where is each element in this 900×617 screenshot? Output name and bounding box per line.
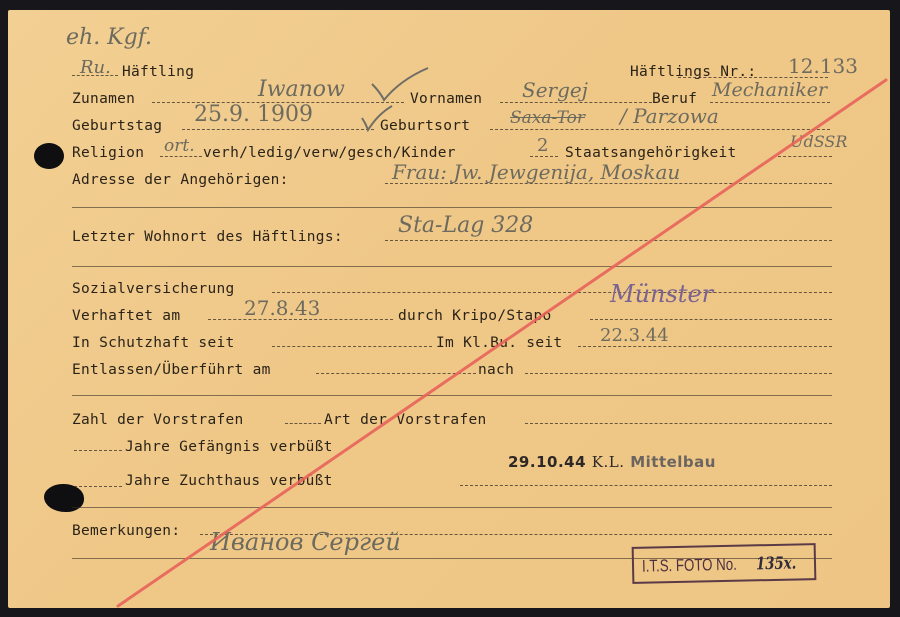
checkmark-icon — [372, 68, 428, 100]
checkmark-icon — [362, 106, 392, 130]
pen-marks-overlay — [0, 0, 900, 617]
red-diagonal-strike — [118, 80, 886, 606]
